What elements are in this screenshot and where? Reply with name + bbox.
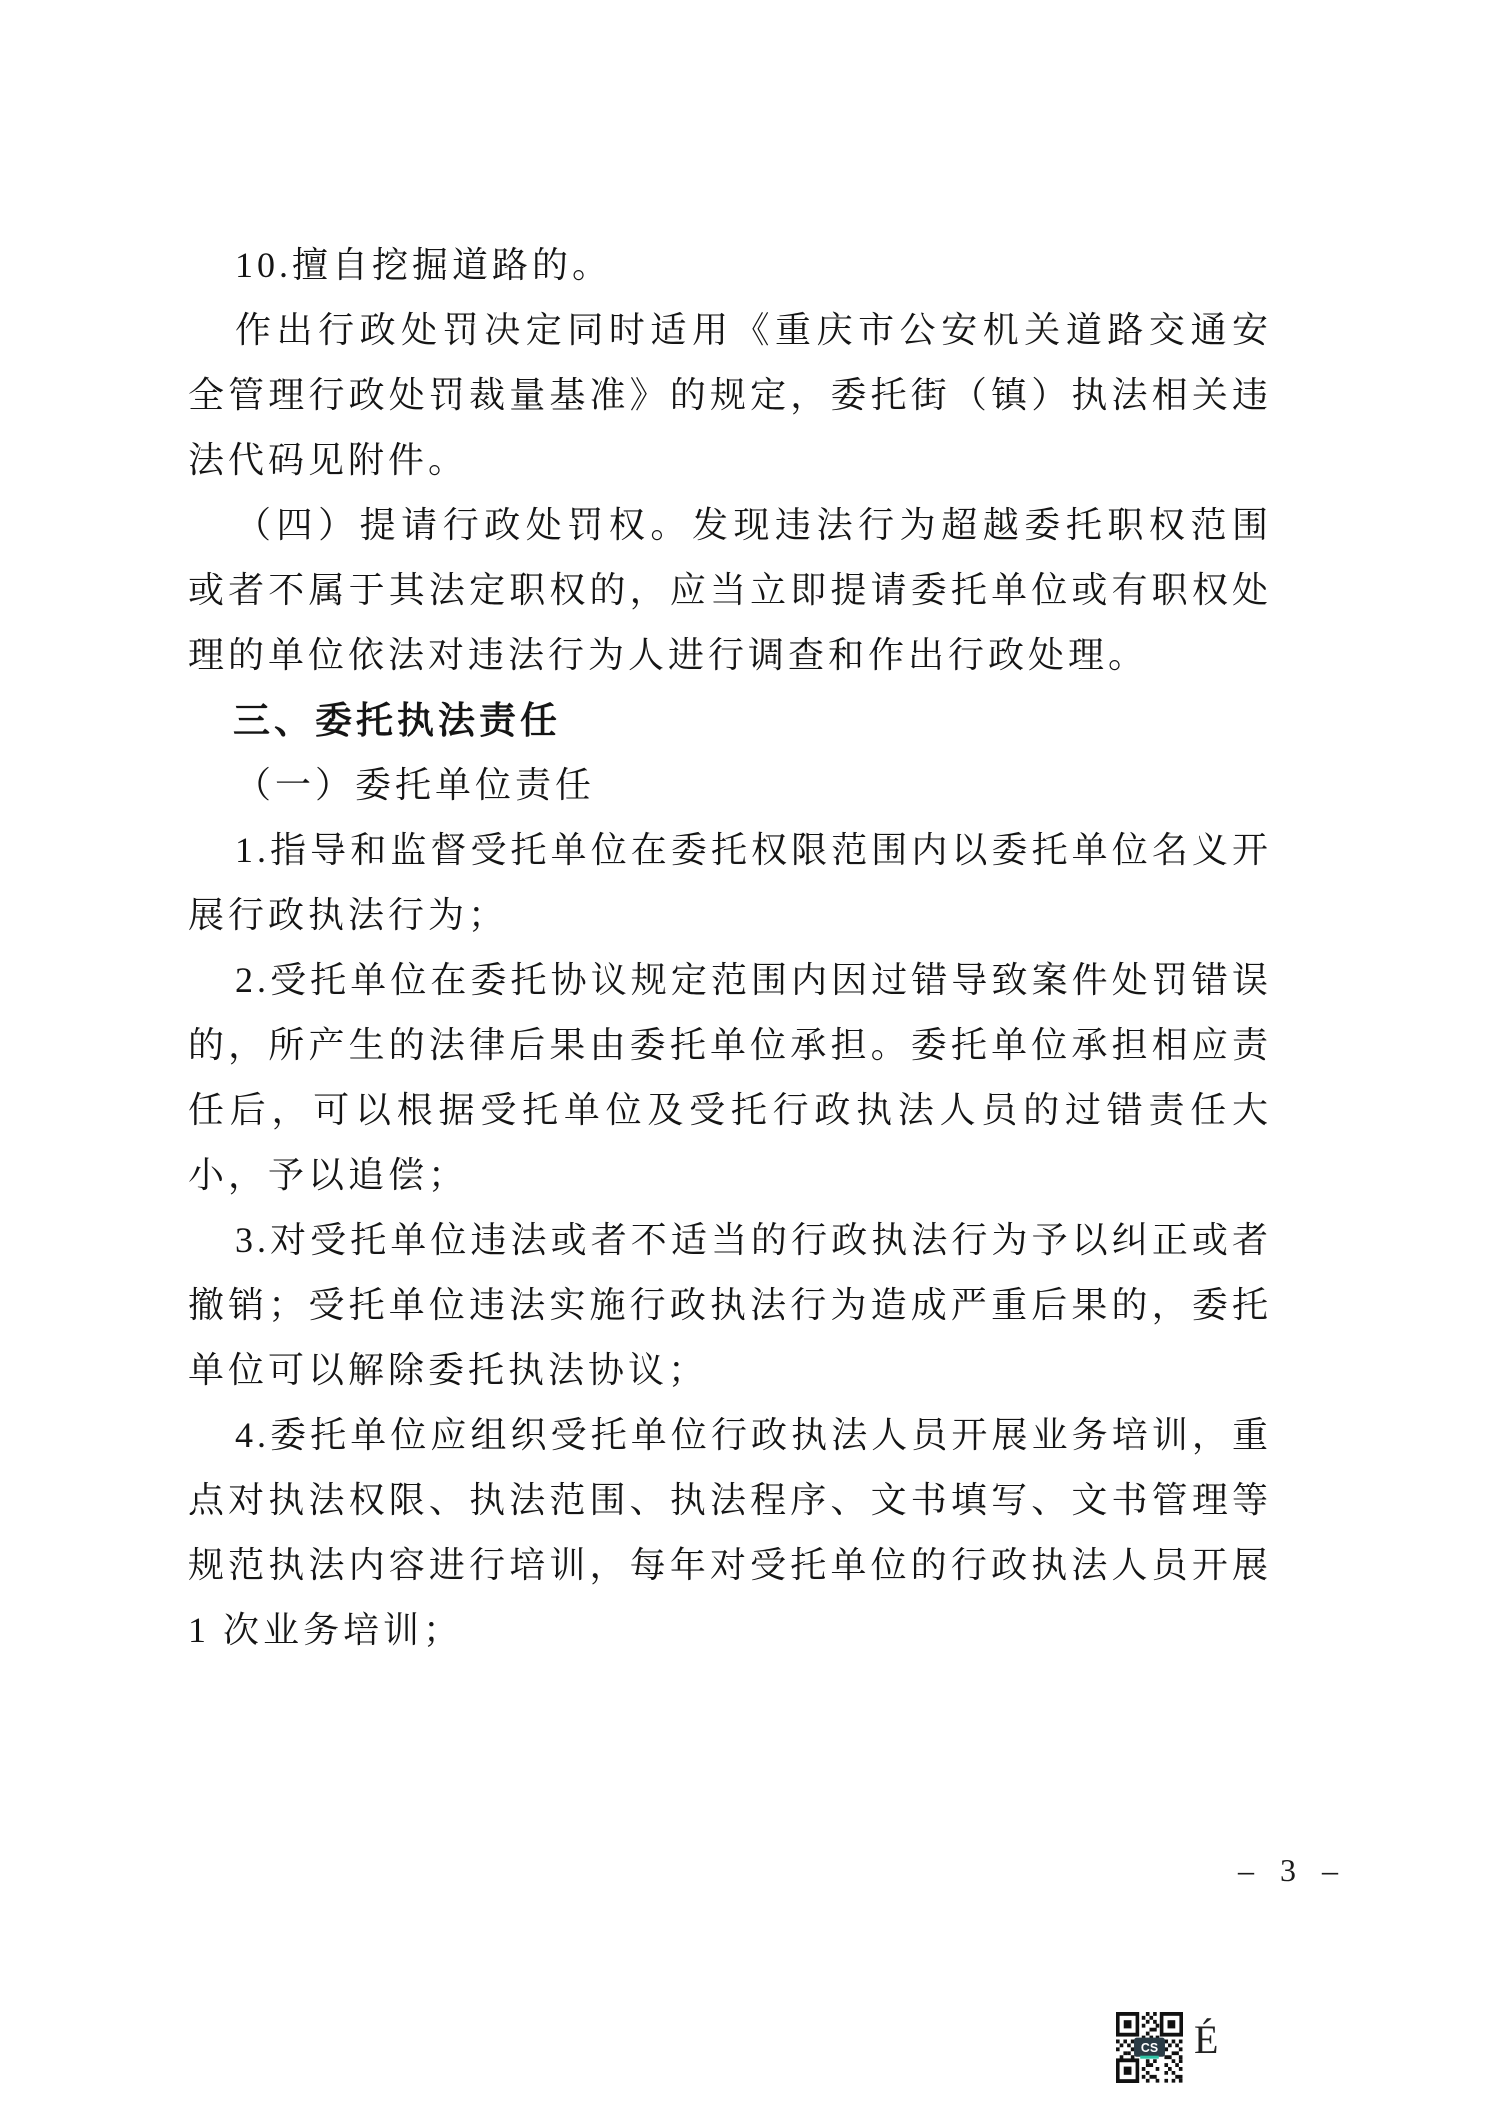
section-heading: 三、委托执法责任 [188, 688, 1272, 753]
qr-code-graphic: CS [1116, 2012, 1183, 2083]
camscanner-badge: CS [1134, 2038, 1165, 2059]
paragraph: 3.对受托单位违法或者不适当的行政执法行为予以纠正或者撤销；受托单位违法实施行政… [188, 1208, 1272, 1403]
paragraph: （一）委托单位责任 [188, 753, 1272, 818]
paragraph: （四）提请行政处罚权。发现违法行为超越委托职权范围或者不属于其法定职权的，应当立… [188, 493, 1272, 688]
paragraph: 1.指导和监督受托单位在委托权限范围内以委托单位名义开展行政执法行为； [188, 818, 1272, 948]
camscanner-qr-code: CS [1116, 2012, 1183, 2083]
document-page: 10.擅自挖掘道路的。 作出行政处罚决定同时适用《重庆市公安机关道路交通安全管理… [0, 0, 1487, 2105]
camscanner-badge-label: CS [1141, 2040, 1158, 2055]
paragraph: 作出行政处罚决定同时适用《重庆市公安机关道路交通安全管理行政处罚裁量基准》的规定… [188, 298, 1272, 493]
scanner-mark-glyph: É [1194, 2018, 1218, 2062]
document-body: 10.擅自挖掘道路的。 作出行政处罚决定同时适用《重庆市公安机关道路交通安全管理… [188, 233, 1272, 1663]
paragraph: 10.擅自挖掘道路的。 [188, 233, 1272, 298]
paragraph: 4.委托单位应组织受托单位行政执法人员开展业务培训，重点对执法权限、执法范围、执… [188, 1403, 1272, 1663]
page-number: – 3 – [1238, 1852, 1347, 1889]
paragraph: 2.受托单位在委托协议规定范围内因过错导致案件处罚错误的，所产生的法律后果由委托… [188, 948, 1272, 1208]
